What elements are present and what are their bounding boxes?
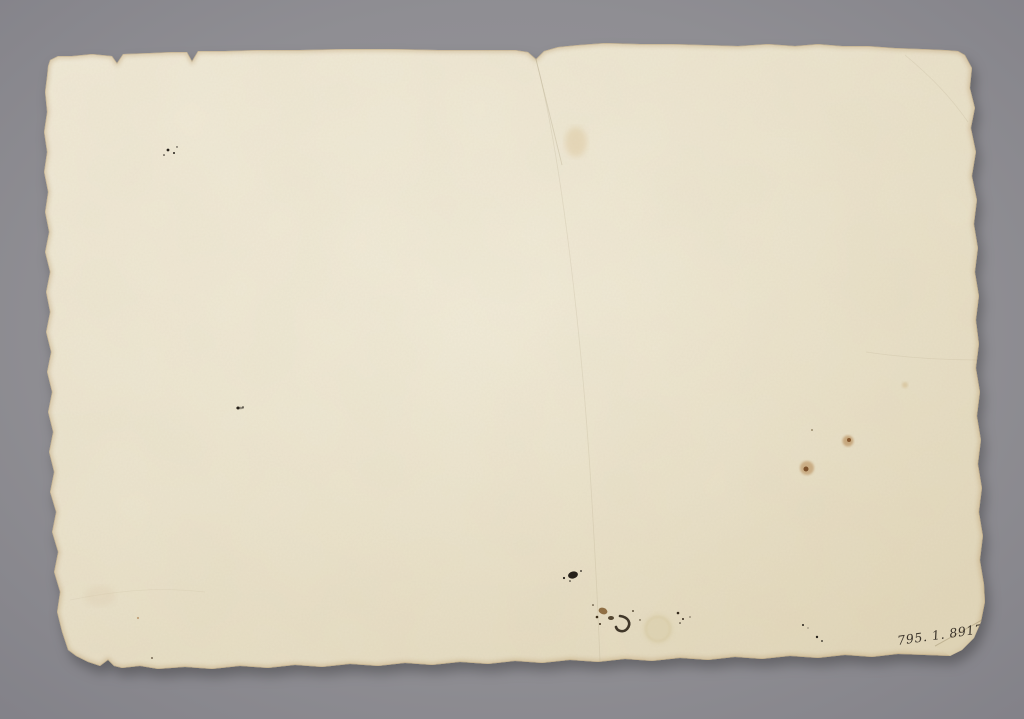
ink-speck bbox=[808, 628, 809, 629]
edge-speck-bottom-left bbox=[151, 657, 153, 659]
ink-blot-small bbox=[608, 616, 614, 620]
seal-residue-stain bbox=[643, 614, 673, 644]
ink-speck bbox=[816, 636, 818, 638]
ink-speck bbox=[237, 407, 240, 410]
photo-stage: 795. 1. 8917 bbox=[0, 0, 1024, 719]
smudge-bottom-left bbox=[85, 586, 115, 606]
ink-speck bbox=[563, 577, 565, 579]
ink-speck bbox=[682, 618, 684, 620]
faint-spot-right bbox=[902, 382, 908, 388]
ink-speck bbox=[689, 616, 690, 617]
brown-speck-bottom-left bbox=[137, 617, 139, 619]
ink-speck bbox=[242, 406, 244, 408]
ink-speck bbox=[592, 604, 594, 606]
ink-speck bbox=[569, 580, 571, 582]
ink-speck bbox=[821, 640, 823, 642]
ink-speck bbox=[176, 146, 177, 147]
foxing-speck bbox=[811, 429, 813, 431]
ink-speck bbox=[163, 154, 165, 156]
stain-top-center bbox=[565, 127, 587, 157]
foxing-spot-lower-core bbox=[804, 467, 809, 472]
ink-speck bbox=[599, 623, 601, 625]
ink-speck bbox=[596, 616, 599, 619]
ink-speck bbox=[639, 619, 640, 620]
artifact-photo: 795. 1. 8917 bbox=[0, 0, 1024, 719]
paper-surface: 795. 1. 8917 bbox=[30, 30, 1000, 690]
ink-speck bbox=[632, 610, 634, 612]
ink-speck bbox=[167, 149, 170, 152]
ink-speck bbox=[802, 624, 804, 626]
ink-speck bbox=[677, 612, 680, 615]
paper-grain-texture bbox=[30, 30, 1000, 690]
foxing-spot-upper-core bbox=[847, 438, 851, 442]
ink-speck bbox=[580, 570, 582, 572]
ink-speck bbox=[679, 622, 681, 624]
ink-speck bbox=[173, 152, 175, 154]
